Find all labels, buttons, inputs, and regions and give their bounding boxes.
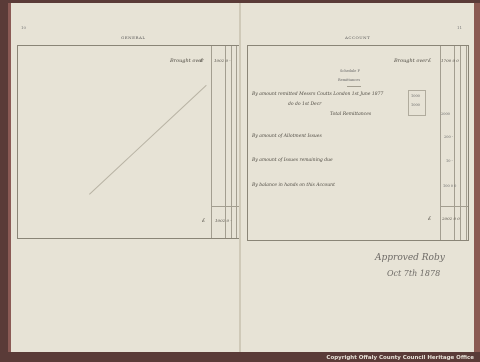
book-edge — [474, 3, 480, 352]
left-ledger-table: Brought over £ 1002 0 - £ 1002 0 - — [17, 45, 241, 239]
column-divider — [466, 46, 467, 240]
entry-text: By amount remitted Messrs Coutts London … — [252, 92, 383, 97]
entry-sub-amount: 1000 — [411, 103, 420, 107]
schedule-subtitle: Remittances — [338, 78, 360, 82]
column-divider — [454, 46, 455, 240]
copyright-notice: Copyright Offaly County Council Heritage… — [326, 355, 474, 361]
right-ledger-table: Brought over £ 1700 0 0 Schedule F Remit… — [247, 45, 469, 241]
column-divider — [231, 46, 232, 238]
entry-amount: 10 - — [446, 159, 453, 163]
entry-sub-amount: 1000 — [411, 94, 420, 98]
title-underline — [347, 86, 361, 87]
brought-over-label: Brought over — [170, 58, 204, 64]
brought-over-symbol: £ — [200, 58, 203, 64]
total-symbol: £ — [428, 216, 431, 222]
entry-text: Total Remittances — [330, 112, 371, 117]
total-rule — [211, 206, 240, 207]
entry-amount: 2000 — [441, 112, 450, 116]
entry-amount: 200 - — [444, 135, 453, 139]
brought-over-amount: 1700 0 0 — [441, 58, 459, 63]
entry-text: By balance in hands on this Account — [252, 183, 335, 188]
left-page-header: GENERAL — [121, 35, 146, 40]
column-divider — [211, 46, 212, 238]
entry-text: By amount of Issues remaining due — [252, 158, 333, 163]
brought-over-label: Brought over — [394, 58, 428, 64]
column-divider — [460, 46, 461, 240]
right-page-header: ACCOUNT — [345, 35, 370, 40]
column-divider — [440, 46, 441, 240]
approval-signature: Approved Roby — [375, 253, 445, 263]
column-divider — [236, 46, 237, 238]
total-symbol: £ — [202, 218, 205, 224]
right-page-number: 11 — [457, 25, 462, 30]
left-page-number: 10 — [21, 25, 26, 30]
entry-text: By amount of Allotment Issues — [252, 134, 322, 139]
schedule-title: Schedule F — [340, 69, 360, 73]
brought-over-symbol: £ — [428, 58, 431, 64]
total-amount: 1002 0 - — [215, 218, 232, 223]
entry-text: do do 1st Decr — [288, 102, 321, 107]
cancel-diagonal-line — [89, 85, 207, 195]
left-page: 10 GENERAL Brought over £ 1002 0 - £ 100… — [8, 3, 242, 352]
approval-date: Oct 7th 1878 — [387, 269, 440, 278]
total-rule — [440, 206, 468, 207]
total-amount: 2002 0 0 — [442, 216, 460, 221]
brought-over-amount: 1002 0 - — [214, 58, 231, 63]
right-page: 11 ACCOUNT Brought over £ 1700 0 0 Sched… — [241, 3, 474, 352]
entry-amount: 100 0 0 — [443, 184, 456, 188]
column-divider — [225, 46, 226, 238]
